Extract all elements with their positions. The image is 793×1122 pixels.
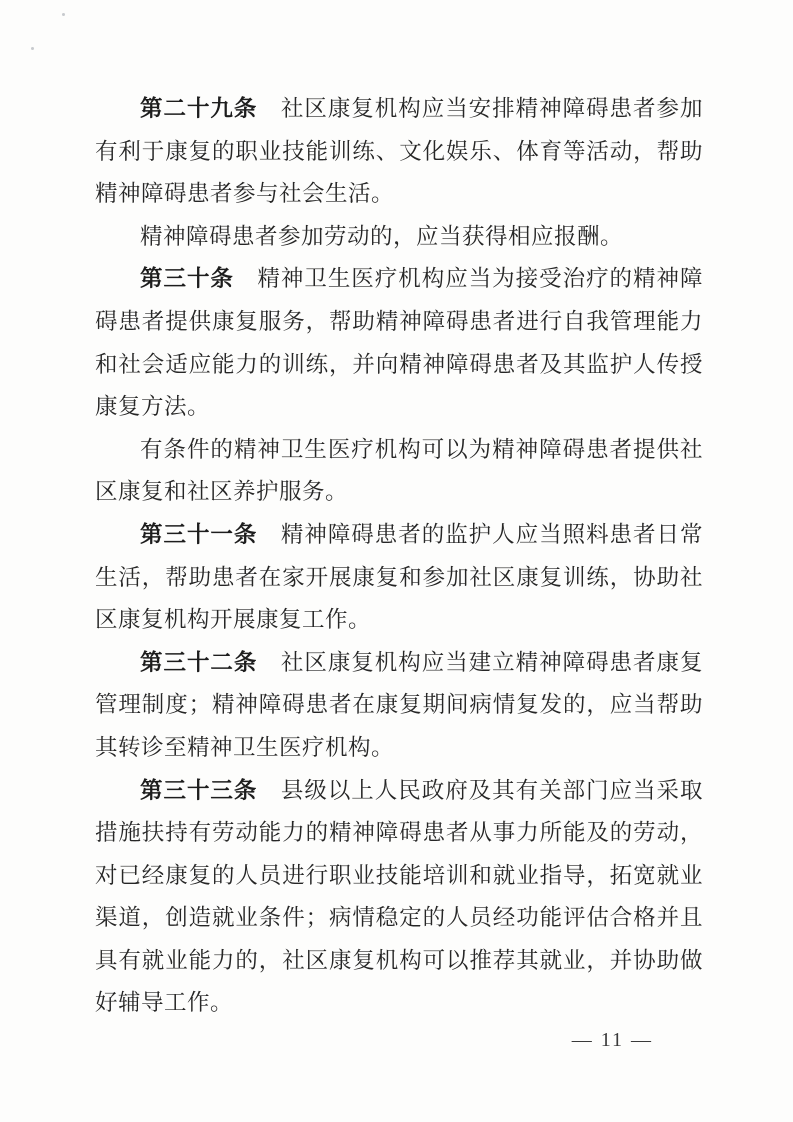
scan-speck <box>62 13 65 16</box>
article-number: 第三十二条 <box>140 650 257 675</box>
article-number: 第三十一条 <box>140 522 257 547</box>
article-number: 第三十条 <box>140 266 234 291</box>
body-paragraph: 精神障碍患者参加劳动的，应当获得相应报酬。 <box>95 216 703 259</box>
scan-speck <box>31 47 34 50</box>
article-paragraph: 第三十二条 社区康复机构应当建立精神障碍患者康复管理制度；精神障碍患者在康复期间… <box>95 642 703 770</box>
article-paragraph: 第二十九条 社区康复机构应当安排精神障碍患者参加有利于康复的职业技能训练、文化娱… <box>95 88 703 216</box>
page-footer: — 11 — <box>572 1026 653 1054</box>
document-page: 第二十九条 社区康复机构应当安排精神障碍患者参加有利于康复的职业技能训练、文化娱… <box>0 0 793 1122</box>
page-number: — 11 — <box>572 1029 653 1051</box>
article-number: 第二十九条 <box>140 96 257 121</box>
article-paragraph: 第三十三条 县级以上人民政府及其有关部门应当采取措施扶持有劳动能力的精神障碍患者… <box>95 770 703 1026</box>
document-body: 第二十九条 社区康复机构应当安排精神障碍患者参加有利于康复的职业技能训练、文化娱… <box>95 88 703 1025</box>
article-number: 第三十三条 <box>140 778 257 803</box>
article-paragraph: 第三十条 精神卫生医疗机构应当为接受治疗的精神障碍患者提供康复服务，帮助精神障碍… <box>95 258 703 428</box>
article-paragraph: 第三十一条 精神障碍患者的监护人应当照料患者日常生活，帮助患者在家开展康复和参加… <box>95 514 703 642</box>
body-paragraph: 有条件的精神卫生医疗机构可以为精神障碍患者提供社区康复和社区养护服务。 <box>95 429 703 514</box>
